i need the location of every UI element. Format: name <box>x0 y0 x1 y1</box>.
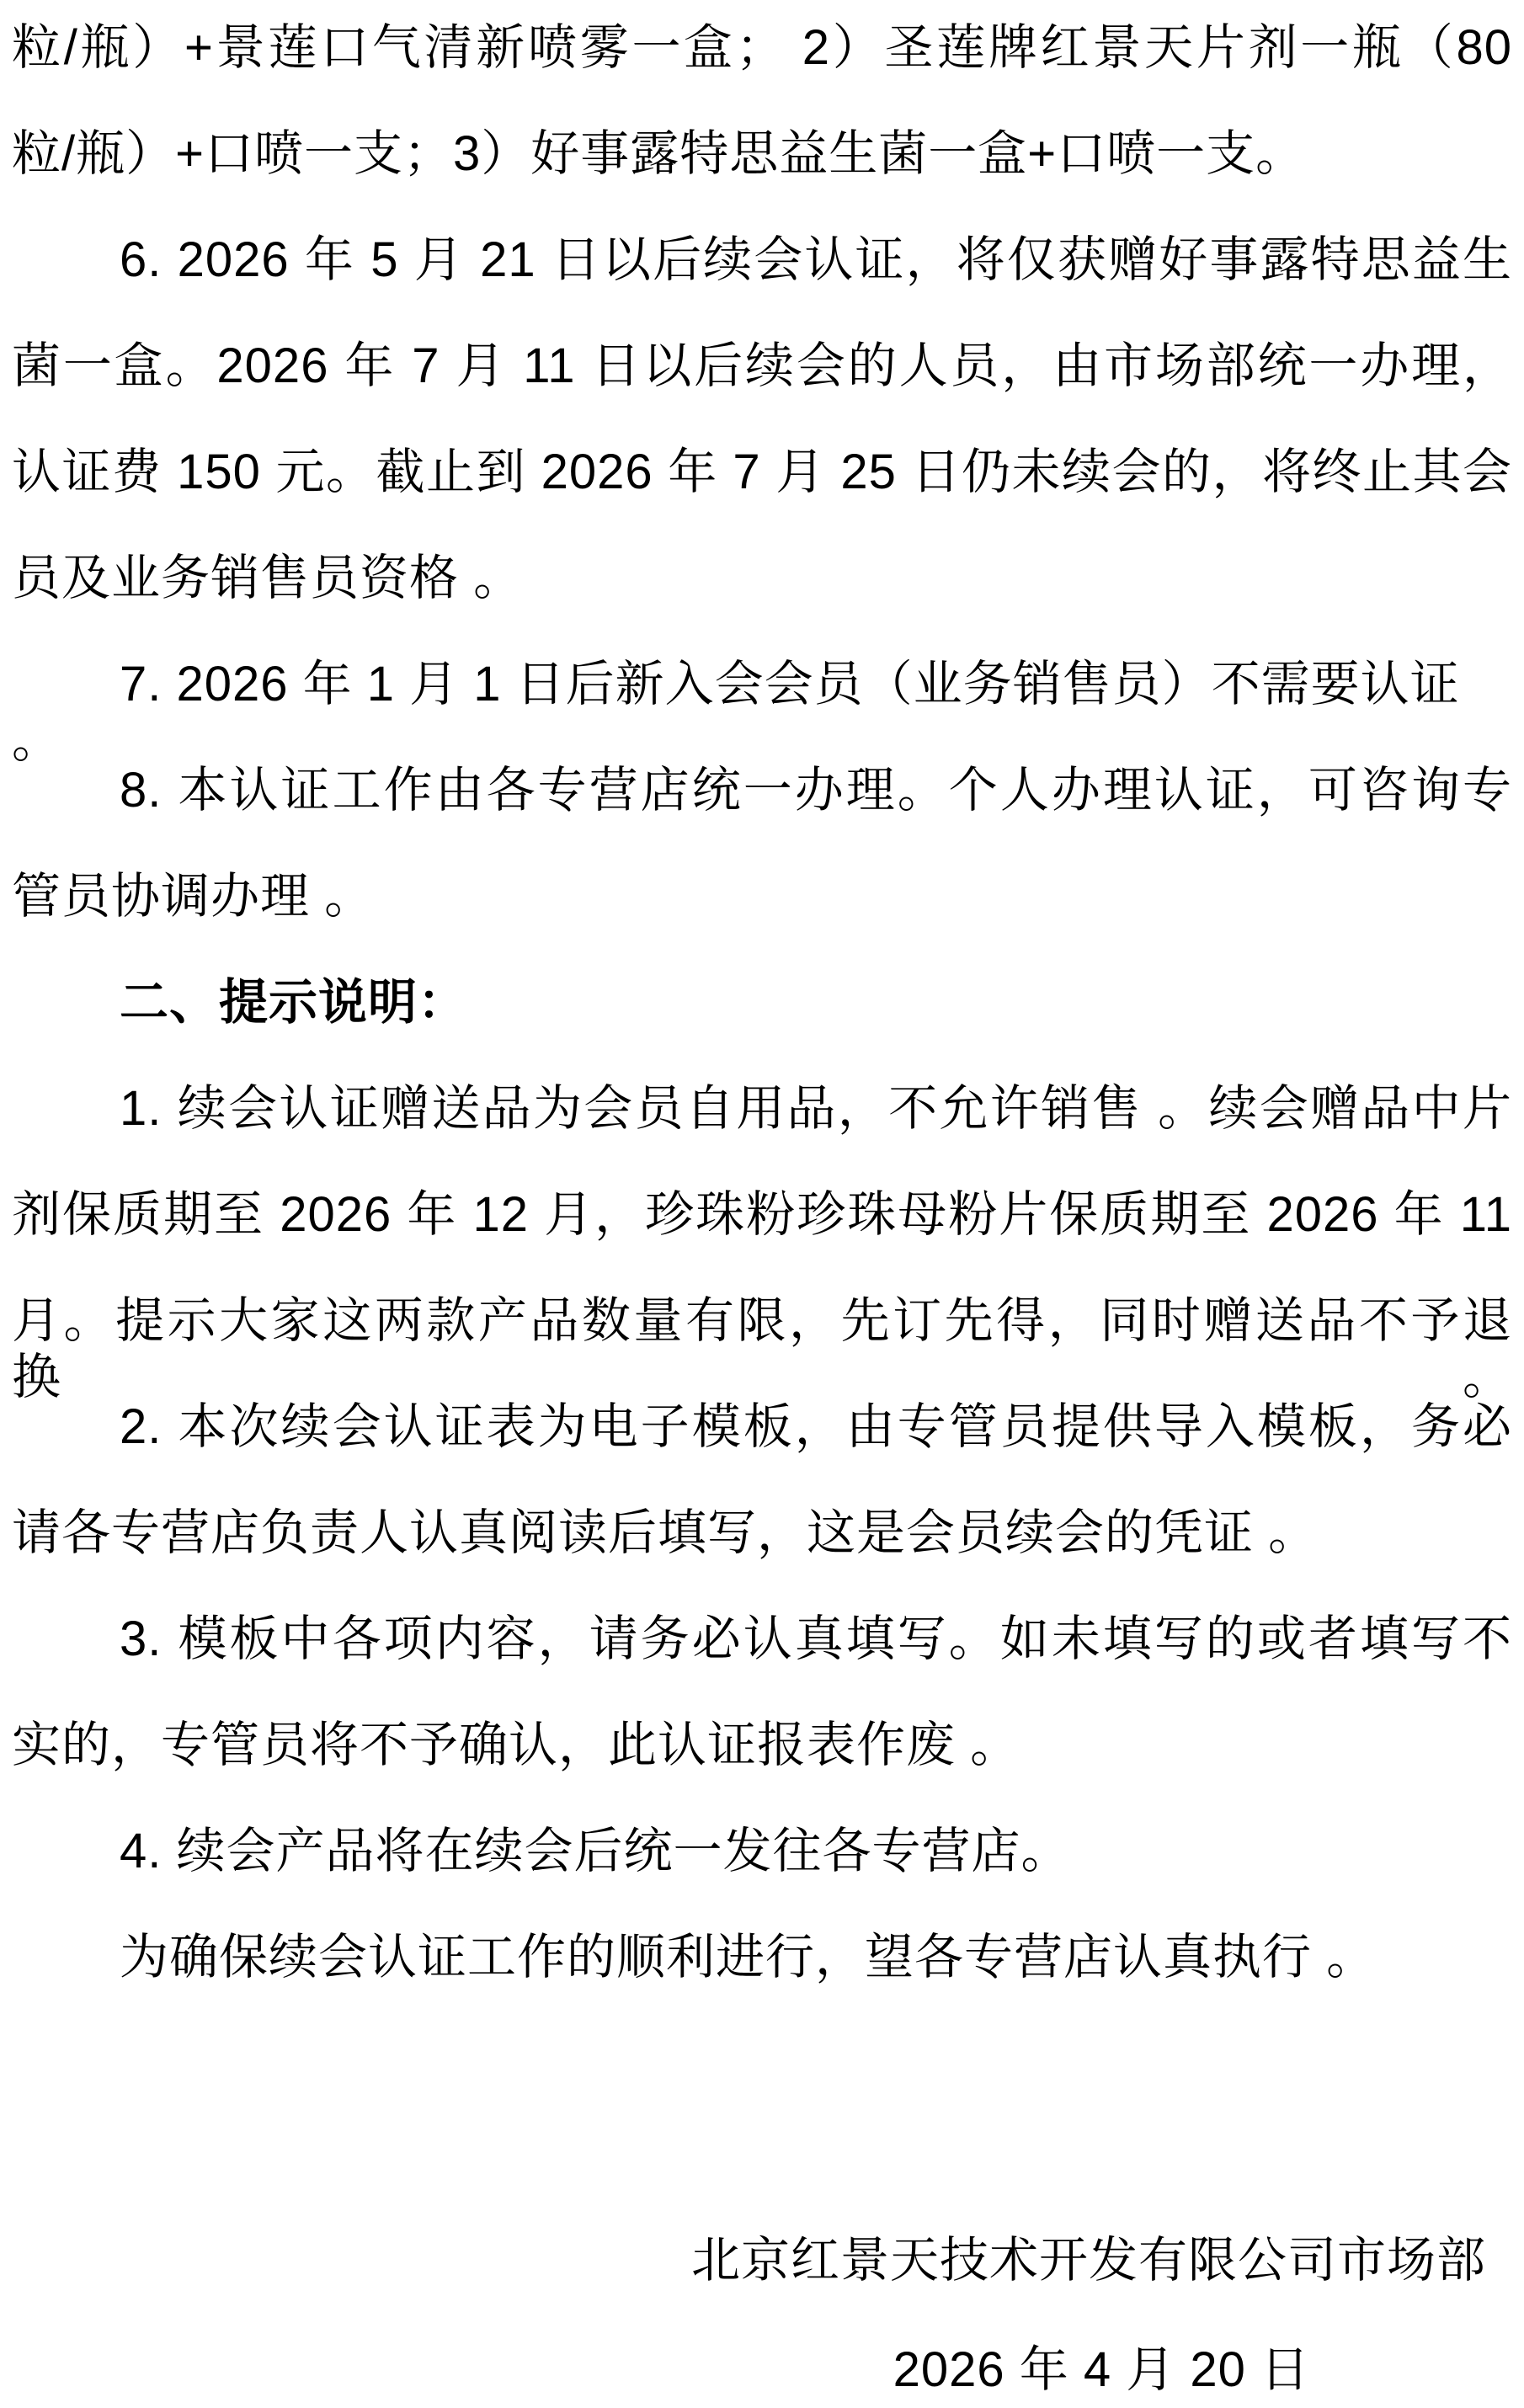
section-heading-tips: 二、提示说明： <box>12 975 1512 1031</box>
document-line: 剂保质期至 2026 年 12 月，珍珠粉珍珠母粉片保质期至 2026 年 11 <box>12 1187 1512 1244</box>
document-line: 6. 2026 年 5 月 21 日以后续会认证，将仅获赠好事露特思益生 <box>12 232 1512 289</box>
document-line: 员及业务销售员资格 。 <box>12 551 1512 607</box>
signature-company: 北京红景天技术开发有限公司市场部 <box>691 2233 1486 2289</box>
document-line: 粒/瓶）+口喷一支；3）好事露特思益生菌一盒+口喷一支。 <box>12 126 1512 183</box>
document-line: 请各专营店负责人认真阅读后填写，这是会员续会的凭证 。 <box>12 1505 1512 1562</box>
document-line: 4. 续会产品将在续会后统一发往各专营店。 <box>12 1824 1512 1880</box>
document-line: 3. 模板中各项内容，请务必认真填写。如未填写的或者填写不 <box>12 1612 1512 1668</box>
document-line: 月。提示大家这两款产品数量有限，先订先得，同时赠送品不予退换。 <box>12 1293 1512 1405</box>
document-line: 2. 本次续会认证表为电子模板，由专管员提供导入模板，务必 <box>12 1399 1512 1456</box>
document-line: 实的，专管员将不予确认，此认证报表作废 。 <box>12 1718 1512 1774</box>
document-line: 认证费 150 元。截止到 2026 年 7 月 25 日仍未续会的，将终止其会 <box>12 445 1512 501</box>
document-line: 为确保续会认证工作的顺利进行，望各专营店认真执行 。 <box>12 1930 1512 1986</box>
document-line: 菌一盒。2026 年 7 月 11 日以后续会的人员，由市场部统一办理， <box>12 338 1512 395</box>
document-page: 粒/瓶）+景莲口气清新喷雾一盒； 2）圣莲牌红景天片剂一瓶（80 粒/瓶）+口喷… <box>0 0 1524 2408</box>
document-line: 粒/瓶）+景莲口气清新喷雾一盒； 2）圣莲牌红景天片剂一瓶（80 <box>12 20 1512 77</box>
document-line: 7. 2026 年 1 月 1 日后新入会会员（业务销售员）不需要认证 。 <box>12 657 1512 769</box>
document-line: 管员协调办理 。 <box>12 869 1512 925</box>
document-line: 8. 本认证工作由各专营店统一办理。个人办理认证，可咨询专 <box>12 763 1512 819</box>
document-line: 1. 续会认证赠送品为会员自用品，不允许销售 。续会赠品中片 <box>12 1081 1512 1137</box>
signature-date: 2026 年 4 月 20 日 <box>893 2342 1310 2399</box>
